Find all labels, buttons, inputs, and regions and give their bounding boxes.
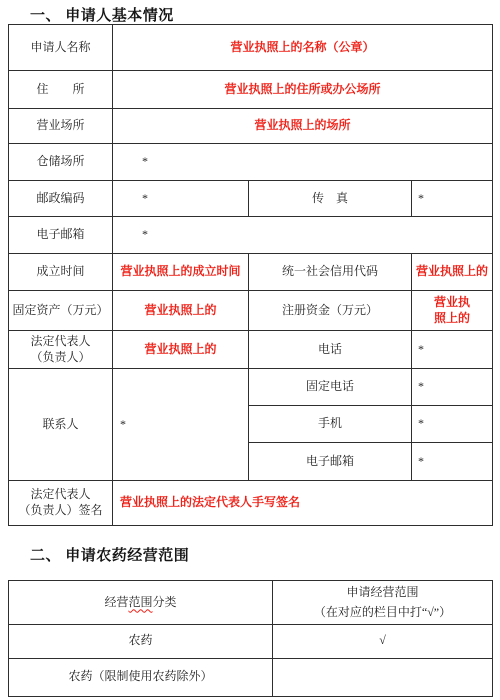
label-residence: 住 所: [9, 71, 113, 109]
label-email: 电子邮箱: [9, 217, 113, 254]
check-cell-pesticide-restricted[interactable]: [273, 658, 493, 696]
label-fax: 传 真: [249, 181, 412, 217]
label-legal-rep: 法定代表人 （负责人）: [9, 331, 113, 369]
value-contact[interactable]: *: [113, 369, 249, 481]
row-residence: 住 所 营业执照上的住所或办公场所: [9, 71, 493, 109]
value-business-site[interactable]: 营业执照上的场所: [113, 109, 493, 144]
label-landline: 固定电话: [249, 369, 412, 406]
label-established-date: 成立时间: [9, 254, 113, 291]
row-storage-site: 仓储场所 *: [9, 144, 493, 181]
value-landline[interactable]: *: [412, 369, 493, 406]
value-phone[interactable]: *: [412, 331, 493, 369]
row-assets-capital: 固定资产（万元） 营业执照上的 注册资金（万元） 营业执 照上的: [9, 291, 493, 331]
scope-category-pesticide-restricted: 农药（限制使用农药除外）: [9, 658, 273, 696]
scope-apply-header: 申请经营范围 （在对应的栏目中打“√”）: [273, 581, 493, 625]
row-contact-landline: 联系人 * 固定电话 *: [9, 369, 493, 406]
row-email: 电子邮箱 *: [9, 217, 493, 254]
row-postal-fax: 邮政编码 * 传 真 *: [9, 181, 493, 217]
value-email[interactable]: *: [113, 217, 493, 254]
scope-header-row: 经营范围分类 申请经营范围 （在对应的栏目中打“√”）: [9, 581, 493, 625]
value-postal-code[interactable]: *: [113, 181, 249, 217]
value-residence[interactable]: 营业执照上的住所或办公场所: [113, 71, 493, 109]
value-credit-code[interactable]: 营业执照上的: [412, 254, 493, 291]
label-contact-email: 电子邮箱: [249, 443, 412, 481]
label-credit-code: 统一社会信用代码: [249, 254, 412, 291]
label-registered-capital: 注册资金（万元）: [249, 291, 412, 331]
row-legal-rep-phone: 法定代表人 （负责人） 营业执照上的 电话 *: [9, 331, 493, 369]
value-contact-email[interactable]: *: [412, 443, 493, 481]
business-scope-table: 经营范围分类 申请经营范围 （在对应的栏目中打“√”） 农药 √ 农药（限制使用…: [8, 580, 493, 697]
value-fax[interactable]: *: [412, 181, 493, 217]
label-storage-site: 仓储场所: [9, 144, 113, 181]
section2-title: 二、 申请农药经营范围: [30, 544, 189, 565]
scope-category-header-pre: 经营: [104, 595, 128, 609]
label-signature: 法定代表人 （负责人）签名: [9, 481, 113, 526]
label-applicant-name: 申请人名称: [9, 25, 113, 71]
scope-category-header-wavy: 范围: [128, 595, 152, 609]
scope-category-pesticide: 农药: [9, 624, 273, 658]
value-mobile[interactable]: *: [412, 406, 493, 443]
row-established-credit: 成立时间 营业执照上的成立时间 统一社会信用代码 营业执照上的: [9, 254, 493, 291]
scope-category-header: 经营范围分类: [9, 581, 273, 625]
value-applicant-name[interactable]: 营业执照上的名称（公章）: [113, 25, 493, 71]
label-contact: 联系人: [9, 369, 113, 481]
value-fixed-assets[interactable]: 营业执照上的: [113, 291, 249, 331]
scope-row-pesticide: 农药 √: [9, 624, 493, 658]
label-phone: 电话: [249, 331, 412, 369]
row-business-site: 营业场所 营业执照上的场所: [9, 109, 493, 144]
label-business-site: 营业场所: [9, 109, 113, 144]
value-signature[interactable]: 营业执照上的法定代表人手写签名: [113, 481, 493, 526]
label-postal-code: 邮政编码: [9, 181, 113, 217]
value-established-date[interactable]: 营业执照上的成立时间: [113, 254, 249, 291]
applicant-info-table: 申请人名称 营业执照上的名称（公章） 住 所 营业执照上的住所或办公场所 营业场…: [8, 24, 493, 526]
value-registered-capital[interactable]: 营业执 照上的: [412, 291, 493, 331]
label-fixed-assets: 固定资产（万元）: [9, 291, 113, 331]
value-legal-rep[interactable]: 营业执照上的: [113, 331, 249, 369]
check-cell-pesticide[interactable]: √: [273, 624, 493, 658]
scope-category-header-post: 分类: [153, 595, 177, 609]
scope-row-pesticide-restricted: 农药（限制使用农药除外）: [9, 658, 493, 696]
row-signature: 法定代表人 （负责人）签名 营业执照上的法定代表人手写签名: [9, 481, 493, 526]
section1-title: 一、 申请人基本情况: [30, 4, 174, 25]
value-storage-site[interactable]: *: [113, 144, 493, 181]
row-applicant-name: 申请人名称 营业执照上的名称（公章）: [9, 25, 493, 71]
label-mobile: 手机: [249, 406, 412, 443]
